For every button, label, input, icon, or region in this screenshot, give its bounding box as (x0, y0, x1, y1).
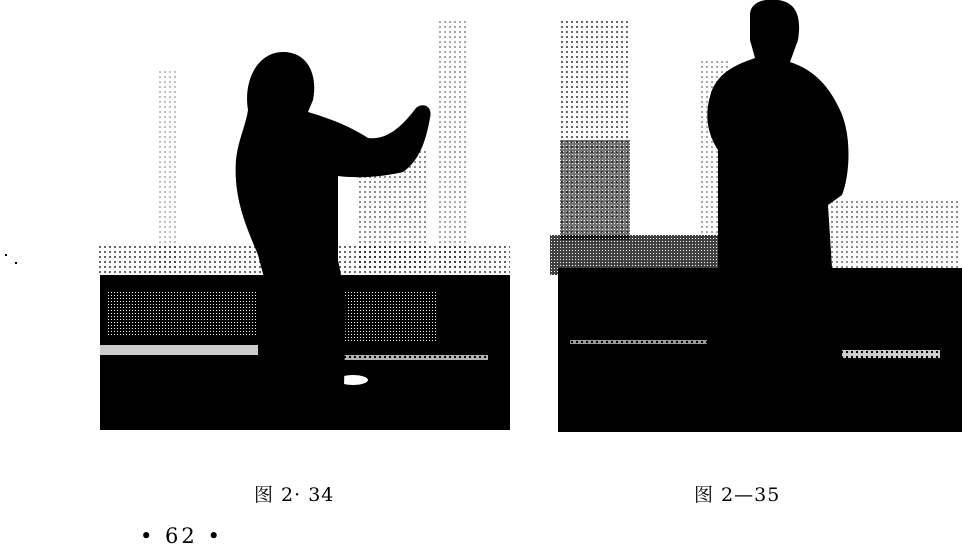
scan-speck (5, 254, 7, 256)
figure-photo-2-35 (550, 0, 962, 432)
photo-silhouette-raised-arm (98, 0, 510, 430)
photo-silhouette-standing (550, 0, 962, 432)
figure-caption-2-34: 图 2· 34 (254, 480, 334, 507)
figure-caption-2-35: 图 2—35 (694, 480, 780, 507)
scan-speck (15, 262, 17, 264)
page-number: • 62 • (140, 524, 223, 548)
figure-photo-2-34 (98, 0, 510, 430)
